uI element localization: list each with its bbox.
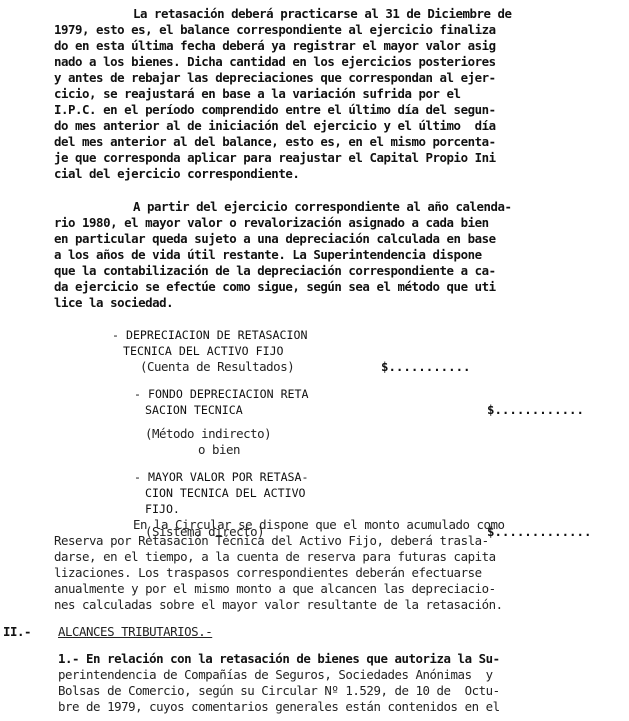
text-line: Reserva por Retasación Técnica del Activ… bbox=[54, 533, 489, 549]
document-page: La retasación deberá practicarse al 31 d… bbox=[0, 0, 629, 721]
text-line: A partir del ejercicio correspondiente a… bbox=[133, 199, 512, 215]
text-line: anualmente y por el mismo monto a que al… bbox=[54, 581, 496, 597]
amount-blank: $............ bbox=[487, 402, 584, 418]
section-number: II.- bbox=[3, 624, 31, 640]
text-line: que la contabilización de la depreciació… bbox=[54, 263, 496, 279]
text-line: perintendencia de Compañías de Seguros, … bbox=[58, 667, 493, 683]
section-heading: ALCANCES TRIBUTARIOS.- bbox=[58, 624, 212, 640]
entry-line: (Cuenta de Resultados) bbox=[140, 359, 294, 375]
text-line: lice la sociedad. bbox=[54, 295, 173, 311]
entry-line: - FONDO DEPRECIACION RETA bbox=[134, 386, 309, 402]
text-line: Bolsas de Comercio, según su Circular Nº… bbox=[58, 683, 500, 699]
text-line: del mes anterior al del balance, esto es… bbox=[54, 134, 496, 150]
method-note: (Método indirecto) bbox=[145, 426, 271, 442]
text-line: cial del ejercicio correspondiente. bbox=[54, 166, 299, 182]
text-line: lizaciones. Los traspasos correspondient… bbox=[54, 565, 482, 581]
text-line: do en esta última fecha deberá ya regist… bbox=[54, 38, 496, 54]
text-line: je que corresponda aplicar para reajusta… bbox=[54, 150, 496, 166]
entry-line: CION TECNICA DEL ACTIVO bbox=[145, 485, 306, 501]
text-line: do mes anterior al de iniciación del eje… bbox=[54, 118, 496, 134]
text-line: bre de 1979, cuyos comentarios generales… bbox=[58, 699, 500, 715]
text-line: a los años de vida útil restante. La Sup… bbox=[54, 247, 482, 263]
text-line: 1979, esto es, el balance correspondient… bbox=[54, 22, 496, 38]
text-line: 1.- En relación con la retasación de bie… bbox=[58, 651, 500, 667]
entry-line: - MAYOR VALOR POR RETASA- bbox=[134, 469, 309, 485]
text-line: da ejercicio se efectúe como sigue, segú… bbox=[54, 279, 496, 295]
text-line: La retasación deberá practicarse al 31 d… bbox=[133, 6, 512, 22]
text-line: nado a los bienes. Dicha cantidad en los… bbox=[54, 54, 496, 70]
text-line: rio 1980, el mayor valor o revalorizació… bbox=[54, 215, 489, 231]
entry-line: FIJO. bbox=[145, 501, 180, 517]
amount-blank: $........... bbox=[381, 359, 471, 375]
entry-line: - DEPRECIACION DE RETASACION bbox=[112, 327, 307, 343]
text-line: darse, en el tiempo, a la cuenta de rese… bbox=[54, 549, 496, 565]
text-line: en particular queda sujeto a una depreci… bbox=[54, 231, 496, 247]
text-line: nes calculadas sobre el mayor valor resu… bbox=[54, 597, 503, 613]
entry-line: SACION TECNICA bbox=[145, 402, 243, 418]
alternative-label: o bien bbox=[198, 442, 240, 458]
text-line: En la Circular se dispone que el monto a… bbox=[133, 517, 505, 533]
entry-line: TECNICA DEL ACTIVO FIJO bbox=[123, 343, 284, 359]
text-line: I.P.C. en el período comprendido entre e… bbox=[54, 102, 496, 118]
text-line: y antes de rebajar las depreciaciones qu… bbox=[54, 70, 496, 86]
text-line: cicio, se reajustará en base a la variac… bbox=[54, 86, 461, 102]
